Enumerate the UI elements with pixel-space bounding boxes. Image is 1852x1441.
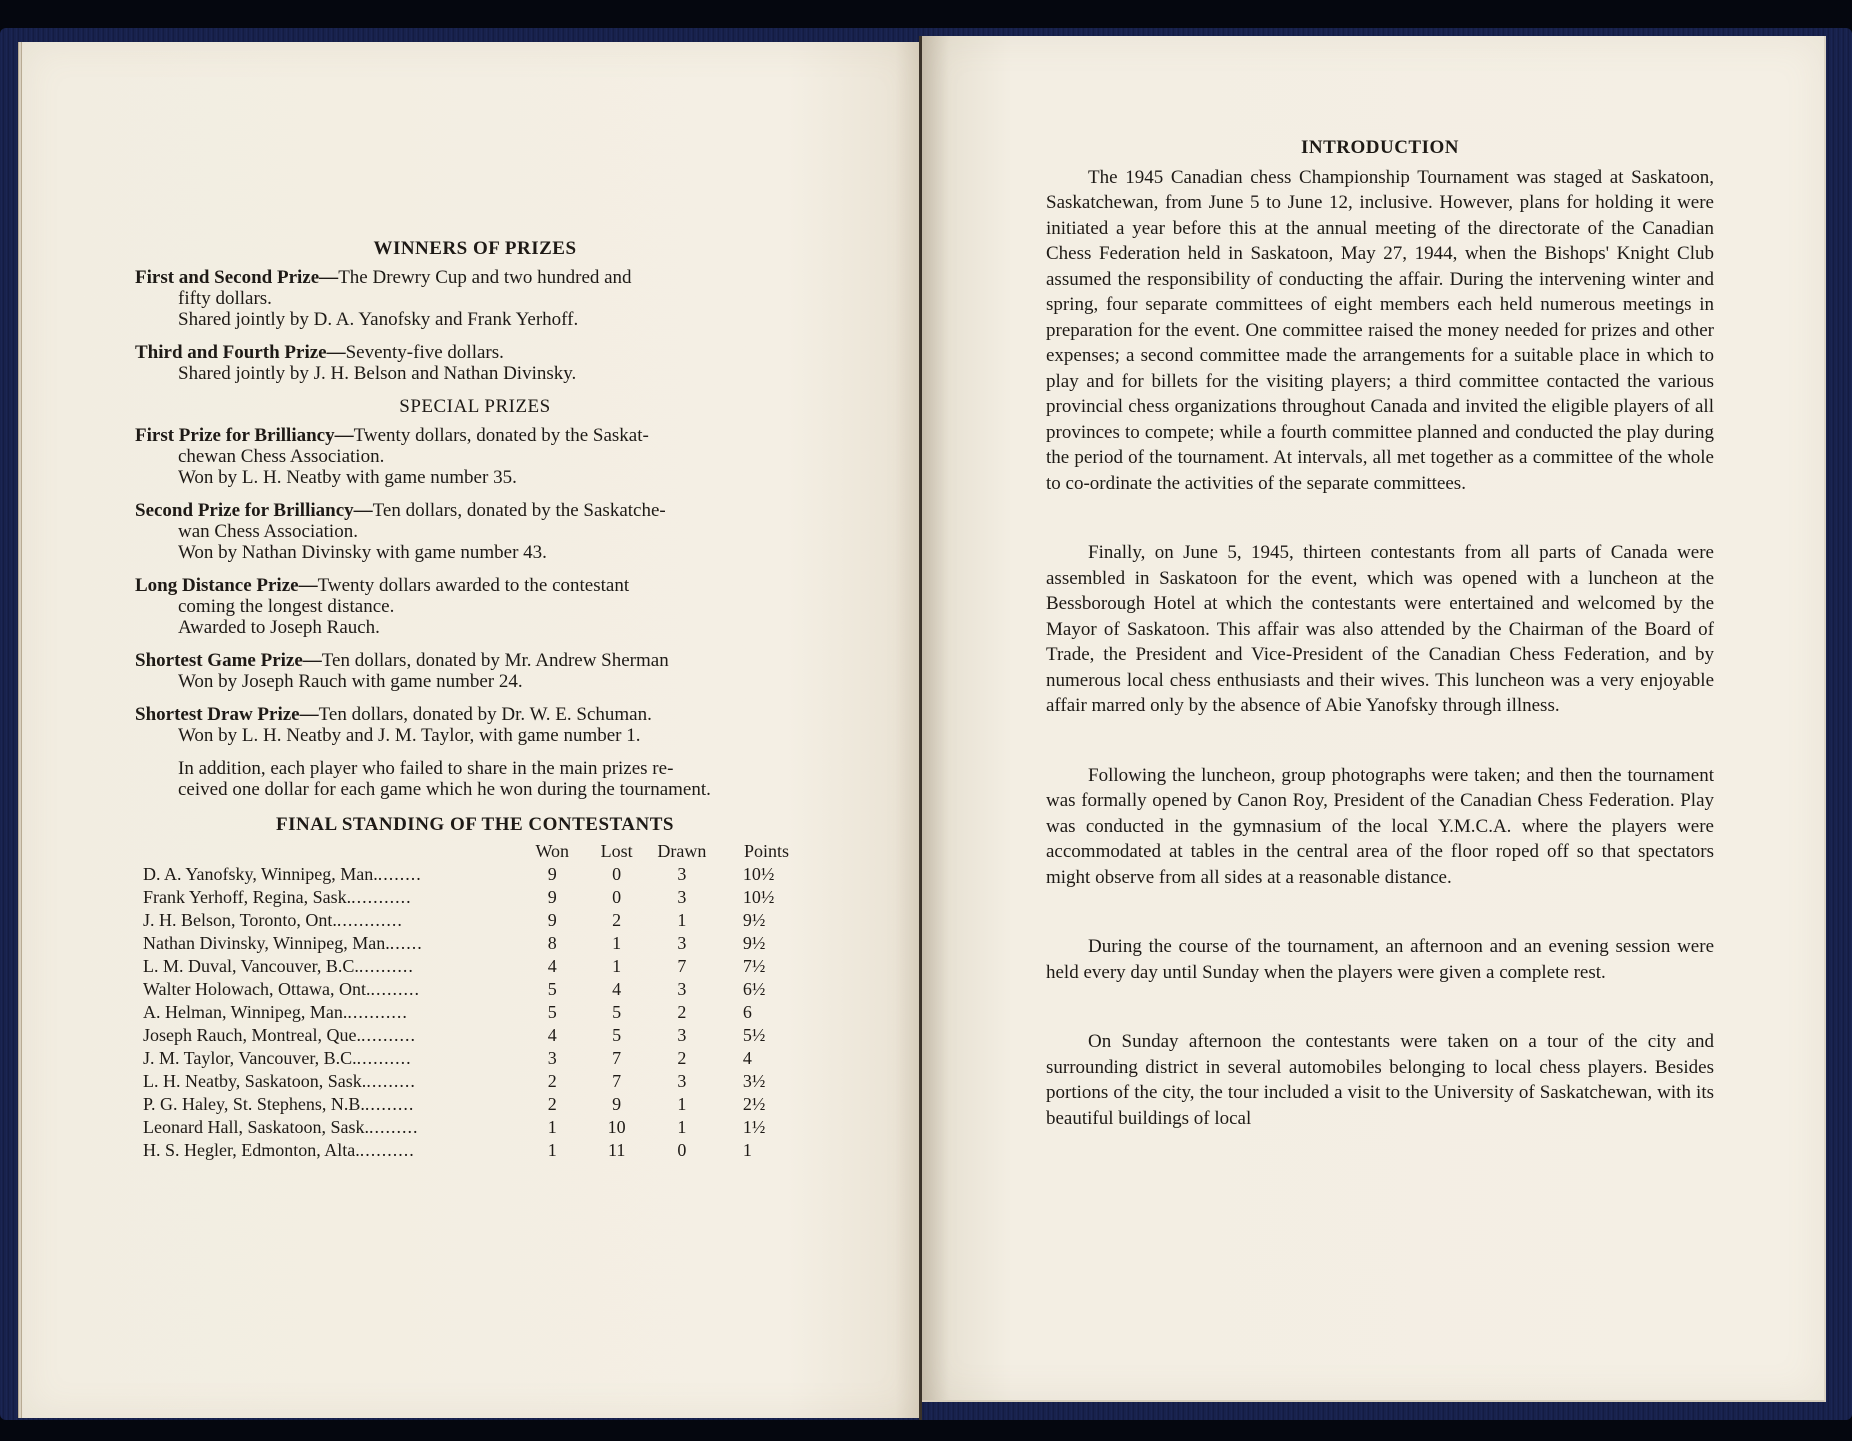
won-count: 2 (520, 1070, 585, 1093)
addition-line: In addition, each player who failed to s… (178, 758, 815, 779)
player-name-text: A. Helman, Winnipeg, Man. (143, 1002, 347, 1022)
dot-leader: ......... (369, 1117, 419, 1137)
dot-leader: .......... (359, 956, 414, 976)
player-name-text: J. M. Taylor, Vancouver, B.C. (143, 1048, 357, 1068)
standings-row: Nathan Divinsky, Winnipeg, Man.......813… (143, 932, 818, 955)
prize-label: Long Distance Prize— (135, 575, 318, 596)
player-name: Walter Holowach, Ottawa, Ont.......... (143, 978, 520, 1001)
prize-text: Ten dollars, donated by Mr. Andrew Sherm… (322, 650, 669, 671)
dot-leader: ......... (365, 1094, 415, 1114)
drawn-count: 1 (649, 909, 715, 932)
right-page-content: INTRODUCTION The 1945 Canadian chess Cha… (1046, 135, 1714, 1131)
lost-count: 5 (585, 1001, 649, 1024)
points-total: 10½ (715, 863, 818, 886)
points-total: 10½ (715, 886, 818, 909)
standings-row: J. H. Belson, Toronto, Ont.............9… (143, 909, 818, 932)
prize-entry: Third and Fourth Prize—Seventy-five doll… (135, 342, 815, 384)
player-name: A. Helman, Winnipeg, Man............ (143, 1001, 520, 1024)
lost-count: 11 (585, 1139, 649, 1162)
lost-count: 4 (585, 978, 649, 1001)
player-name-text: P. G. Haley, St. Stephens, N.B. (143, 1094, 365, 1114)
drawn-count: 1 (649, 1093, 715, 1116)
points-total: 2½ (715, 1093, 818, 1116)
standings-row: J. M. Taylor, Vancouver, B.C...........3… (143, 1047, 818, 1070)
prize-line: coming the longest distance. (135, 596, 815, 617)
player-name: P. G. Haley, St. Stephens, N.B.......... (143, 1093, 520, 1116)
header-points: Points (715, 839, 818, 863)
standings-row: L. H. Neatby, Saskatoon, Sask..........2… (143, 1070, 818, 1093)
player-name-text: Joseph Rauch, Montreal, Que. (143, 1025, 361, 1045)
won-count: 8 (520, 932, 585, 955)
player-name-text: D. A. Yanofsky, Winnipeg, Man. (143, 864, 378, 884)
lost-count: 0 (585, 886, 649, 909)
lost-count: 1 (585, 955, 649, 978)
drawn-count: 1 (649, 1116, 715, 1139)
won-count: 5 (520, 1001, 585, 1024)
player-name-text: H. S. Hegler, Edmonton, Alta. (143, 1140, 360, 1160)
standings-row: Leonard Hall, Saskatoon, Sask..........1… (143, 1116, 818, 1139)
drawn-count: 3 (649, 932, 715, 955)
lost-count: 2 (585, 909, 649, 932)
prize-entry: First Prize for Brilliancy—Twenty dollar… (135, 425, 815, 488)
prize-text: Ten dollars, donated by Dr. W. E. Schuma… (319, 704, 652, 725)
standings-row: H. S. Hegler, Edmonton, Alta...........1… (143, 1139, 818, 1162)
addition-line: ceived one dollar for each game which he… (178, 779, 815, 800)
won-count: 5 (520, 978, 585, 1001)
header-lost: Lost (585, 839, 649, 863)
prize-text: Twenty dollars awarded to the contestant (318, 575, 630, 596)
won-count: 4 (520, 955, 585, 978)
drawn-count: 3 (649, 1024, 715, 1047)
prize-label: Third and Fourth Prize— (135, 342, 346, 363)
prize-entry: Shortest Draw Prize—Ten dollars, donated… (135, 704, 815, 746)
intro-paragraph: Following the luncheon, group photograph… (1046, 763, 1714, 891)
standings-row: Frank Yerhoff, Regina, Sask............9… (143, 886, 818, 909)
points-total: 1½ (715, 1116, 818, 1139)
player-name-text: Leonard Hall, Saskatoon, Sask. (143, 1117, 369, 1137)
won-count: 1 (520, 1116, 585, 1139)
dot-leader: ............ (337, 910, 403, 930)
drawn-count: 3 (649, 1070, 715, 1093)
player-name-text: J. H. Belson, Toronto, Ont. (143, 910, 337, 930)
introduction-heading: INTRODUCTION (1046, 135, 1714, 161)
drawn-count: 3 (649, 886, 715, 909)
prize-label: Shortest Draw Prize— (135, 704, 319, 725)
drawn-count: 3 (649, 863, 715, 886)
prize-label: Second Prize for Brilliancy— (135, 500, 373, 521)
player-name: Joseph Rauch, Montreal, Que........... (143, 1024, 520, 1047)
won-count: 9 (520, 863, 585, 886)
player-name-text: L. H. Neatby, Saskatoon, Sask. (143, 1071, 366, 1091)
prize-line: Shared jointly by D. A. Yanofsky and Fra… (135, 309, 815, 330)
player-name: D. A. Yanofsky, Winnipeg, Man......... (143, 863, 520, 886)
standings-row: P. G. Haley, St. Stephens, N.B..........… (143, 1093, 818, 1116)
prize-line: Won by Joseph Rauch with game number 24. (135, 671, 815, 692)
won-count: 1 (520, 1139, 585, 1162)
points-total: 7½ (715, 955, 818, 978)
points-total: 1 (715, 1139, 818, 1162)
intro-paragraph: Finally, on June 5, 1945, thirteen conte… (1046, 540, 1714, 719)
drawn-count: 3 (649, 978, 715, 1001)
prize-text: Twenty dollars, donated by the Saskat- (354, 425, 649, 446)
points-total: 5½ (715, 1024, 818, 1047)
dot-leader: ......... (370, 979, 420, 999)
standings-heading: FINAL STANDING OF THE CONTESTANTS (135, 814, 815, 835)
lost-count: 9 (585, 1093, 649, 1116)
header-drawn: Drawn (649, 839, 715, 863)
won-count: 3 (520, 1047, 585, 1070)
prize-entry: Shortest Game Prize—Ten dollars, donated… (135, 650, 815, 692)
drawn-count: 0 (649, 1139, 715, 1162)
special-prizes-heading: SPECIAL PRIZES (135, 396, 815, 417)
player-name-text: L. M. Duval, Vancouver, B.C. (143, 956, 359, 976)
standings-header-row: Won Lost Drawn Points (143, 839, 818, 863)
player-name: J. M. Taylor, Vancouver, B.C........... (143, 1047, 520, 1070)
prize-text: Ten dollars, donated by the Saskatche- (373, 500, 666, 521)
intro-paragraph: During the course of the tournament, an … (1046, 934, 1714, 985)
player-name: Leonard Hall, Saskatoon, Sask.......... (143, 1116, 520, 1139)
lost-count: 10 (585, 1116, 649, 1139)
dot-leader: ........ (378, 864, 422, 884)
intro-paragraph: The 1945 Canadian chess Championship Tou… (1046, 165, 1714, 497)
prize-entry: Long Distance Prize—Twenty dollars award… (135, 575, 815, 638)
prize-label: Shortest Game Prize— (135, 650, 322, 671)
player-name: J. H. Belson, Toronto, Ont............. (143, 909, 520, 932)
dot-leader: .......... (361, 1025, 416, 1045)
standings-table: Won Lost Drawn Points D. A. Yanofsky, Wi… (143, 839, 818, 1162)
standings-row: Walter Holowach, Ottawa, Ont..........54… (143, 978, 818, 1001)
standings-row: L. M. Duval, Vancouver, B.C...........41… (143, 955, 818, 978)
winners-of-prizes-heading: WINNERS OF PRIZES (135, 238, 815, 259)
prize-line: Won by L. H. Neatby with game number 35. (135, 467, 815, 488)
won-count: 4 (520, 1024, 585, 1047)
standings-body: D. A. Yanofsky, Winnipeg, Man.........90… (143, 863, 818, 1162)
dot-leader: ........... (351, 887, 412, 907)
prize-text: The Drewry Cup and two hundred and (338, 267, 631, 288)
lost-count: 0 (585, 863, 649, 886)
prize-line: Won by Nathan Divinsky with game number … (135, 542, 815, 563)
player-name: L. M. Duval, Vancouver, B.C........... (143, 955, 520, 978)
drawn-count: 7 (649, 955, 715, 978)
player-name: Nathan Divinsky, Winnipeg, Man....... (143, 932, 520, 955)
won-count: 9 (520, 909, 585, 932)
standings-row: D. A. Yanofsky, Winnipeg, Man.........90… (143, 863, 818, 886)
won-count: 2 (520, 1093, 585, 1116)
lost-count: 1 (585, 932, 649, 955)
prize-line: wan Chess Association. (135, 521, 815, 542)
lost-count: 7 (585, 1070, 649, 1093)
player-name: H. S. Hegler, Edmonton, Alta........... (143, 1139, 520, 1162)
prize-label: First Prize for Brilliancy— (135, 425, 354, 446)
player-name-text: Frank Yerhoff, Regina, Sask. (143, 887, 351, 907)
prize-entry: First and Second Prize—The Drewry Cup an… (135, 267, 815, 330)
prize-line: fifty dollars. (135, 288, 815, 309)
header-name (143, 839, 520, 863)
addition-note: In addition, each player who failed to s… (135, 758, 815, 800)
prize-label: First and Second Prize— (135, 267, 338, 288)
player-name-text: Walter Holowach, Ottawa, Ont. (143, 979, 370, 999)
player-name: Frank Yerhoff, Regina, Sask............ (143, 886, 520, 909)
dot-leader: .......... (360, 1140, 415, 1160)
points-total: 6½ (715, 978, 818, 1001)
dot-leader: ...... (390, 933, 423, 953)
left-page-content: WINNERS OF PRIZES First and Second Prize… (135, 238, 815, 1162)
drawn-count: 2 (649, 1001, 715, 1024)
lost-count: 7 (585, 1047, 649, 1070)
prize-line: Shared jointly by J. H. Belson and Natha… (135, 363, 815, 384)
dot-leader: ......... (366, 1071, 416, 1091)
prize-line: chewan Chess Association. (135, 446, 815, 467)
lost-count: 5 (585, 1024, 649, 1047)
prize-line: Awarded to Joseph Rauch. (135, 617, 815, 638)
intro-paragraph: On Sunday afternoon the contestants were… (1046, 1029, 1714, 1131)
drawn-count: 2 (649, 1047, 715, 1070)
prize-entry: Second Prize for Brilliancy—Ten dollars,… (135, 500, 815, 563)
prize-text: Seventy-five dollars. (346, 342, 504, 363)
dot-leader: ........... (347, 1002, 408, 1022)
points-total: 9½ (715, 932, 818, 955)
player-name: L. H. Neatby, Saskatoon, Sask.......... (143, 1070, 520, 1093)
points-total: 6 (715, 1001, 818, 1024)
points-total: 4 (715, 1047, 818, 1070)
points-total: 9½ (715, 909, 818, 932)
standings-row: A. Helman, Winnipeg, Man............5526 (143, 1001, 818, 1024)
prize-line: Won by L. H. Neatby and J. M. Taylor, wi… (135, 725, 815, 746)
player-name-text: Nathan Divinsky, Winnipeg, Man. (143, 933, 390, 953)
won-count: 9 (520, 886, 585, 909)
standings-row: Joseph Rauch, Montreal, Que...........45… (143, 1024, 818, 1047)
points-total: 3½ (715, 1070, 818, 1093)
header-won: Won (520, 839, 585, 863)
dot-leader: .......... (357, 1048, 412, 1068)
